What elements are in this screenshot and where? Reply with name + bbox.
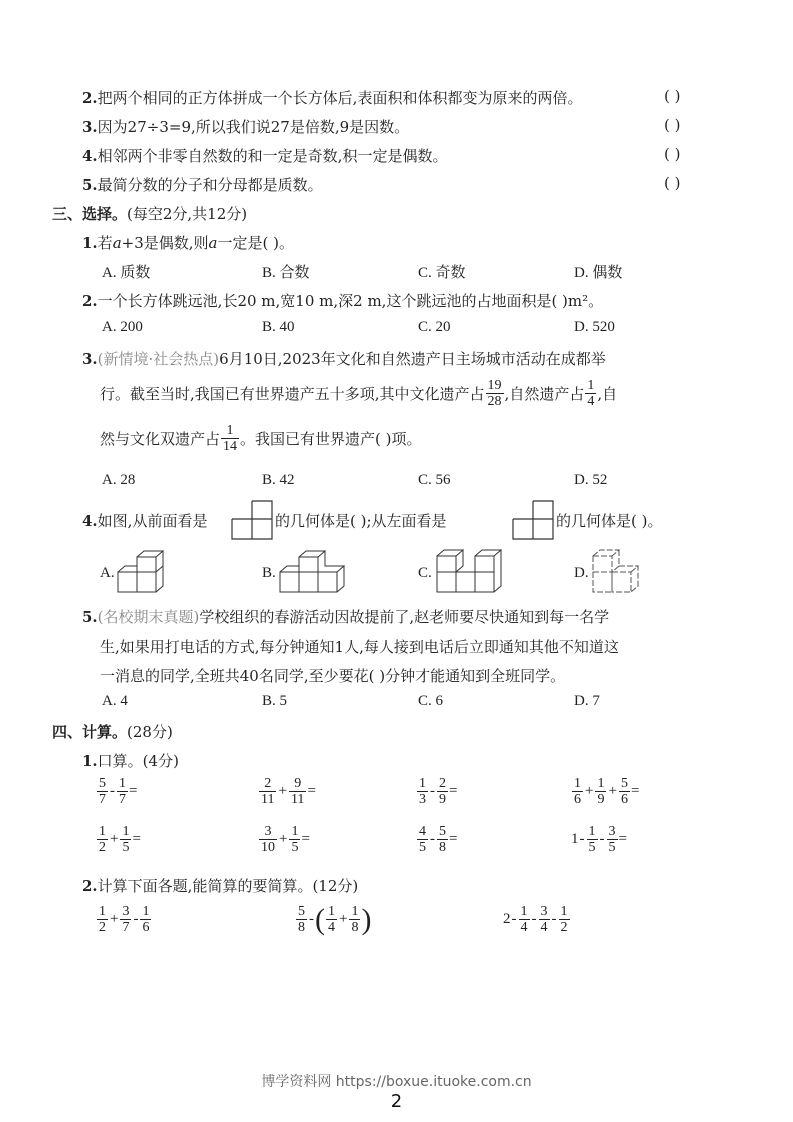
- numerator: 1: [417, 776, 428, 791]
- equals: =: [301, 831, 309, 848]
- cube-figure-c: [436, 548, 506, 596]
- q-text: 6月10日,2023年文化和自然遗产日主场城市活动在成都举: [219, 350, 606, 368]
- denominator: 6: [572, 791, 583, 807]
- numerator: 1: [349, 904, 360, 919]
- q-text: ,自然遗产占: [505, 383, 585, 404]
- numerator: 2: [262, 776, 273, 791]
- numerator: 1: [585, 378, 596, 393]
- operator: +: [110, 831, 118, 848]
- fraction: 15: [289, 824, 300, 855]
- cube-figure-b: [279, 550, 349, 595]
- operator: -: [110, 783, 115, 800]
- fraction: 1928: [486, 378, 504, 409]
- oral-expr-4: 16+19+56=: [571, 776, 639, 807]
- fraction: 13: [417, 776, 428, 807]
- denominator: 10: [259, 839, 277, 855]
- option-c[interactable]: C. 56: [418, 472, 451, 489]
- fraction: 12: [97, 904, 108, 935]
- denominator: 6: [140, 919, 151, 935]
- numerator: 3: [607, 824, 618, 839]
- fraction: 15: [587, 824, 598, 855]
- numerator: 1: [326, 904, 337, 919]
- fraction: 114: [221, 423, 239, 454]
- choice-q3-line3: 然与文化双遗产占114。我国已有世界遗产( )项。: [100, 423, 422, 454]
- q-text: 然与文化双遗产占: [100, 428, 220, 449]
- option-c[interactable]: C.: [418, 565, 432, 582]
- q-text: 行。截至当时,我国已有世界遗产五十多项,其中文化遗产占: [100, 383, 485, 404]
- oral-expr-5: 12+15=: [96, 824, 141, 855]
- numerator: 5: [437, 824, 448, 839]
- denominator: 6: [619, 791, 630, 807]
- option-c[interactable]: C. 20: [418, 319, 451, 336]
- fraction: 16: [572, 776, 583, 807]
- q-text: 学校组织的春游活动因故提前了,赵老师要尽快通知到每一名学: [199, 608, 609, 626]
- judge-item-3: 3.因为27÷3=9,所以我们说27是倍数,9是因数。: [82, 116, 409, 137]
- item-number: 2.: [82, 89, 98, 107]
- item-number: 3.: [82, 118, 98, 136]
- answer-blank[interactable]: ( ): [664, 145, 680, 163]
- left-paren: (: [315, 905, 325, 935]
- equals: =: [449, 831, 457, 848]
- option-d[interactable]: D. 7: [574, 693, 600, 710]
- q-text: 。我国已有世界遗产( )项。: [240, 428, 421, 449]
- answer-blank[interactable]: ( ): [664, 116, 680, 134]
- numerator: 1: [140, 904, 151, 919]
- item-text: 最简分数的分子和分母都是质数。: [98, 176, 323, 194]
- section-choice-header: 三、选择。(每空2分,共12分): [52, 203, 247, 224]
- fraction: 18: [349, 904, 360, 935]
- oral-expr-2: 211+911=: [258, 776, 316, 807]
- denominator: 3: [417, 791, 428, 807]
- item-text: 因为27÷3=9,所以我们说27是倍数,9是因数。: [98, 118, 409, 136]
- equals: =: [132, 831, 140, 848]
- left-view-icon: [512, 500, 554, 540]
- numerator: 2: [437, 776, 448, 791]
- operator: +: [339, 911, 347, 928]
- choice-q3-line2: 行。截至当时,我国已有世界遗产五十多项,其中文化遗产占1928,自然遗产占14,…: [100, 378, 617, 409]
- operator: -: [600, 831, 605, 848]
- fraction: 211: [259, 776, 276, 807]
- operator: -: [580, 831, 585, 848]
- equals: =: [307, 783, 315, 800]
- option-a[interactable]: A.: [100, 565, 115, 582]
- operator: +: [278, 783, 286, 800]
- fraction: 56: [619, 776, 630, 807]
- var-a: a: [113, 234, 122, 252]
- section-title: 三、选择。: [52, 205, 127, 223]
- choice-q5-line3: 一消息的同学,全班共40名同学,至少要花( )分钟才能通知到全班同学。: [100, 665, 565, 686]
- denominator: 2: [97, 839, 108, 855]
- option-a[interactable]: A. 200: [102, 319, 143, 336]
- q-text: 一定是( )。: [217, 234, 293, 252]
- option-a[interactable]: A. 28: [102, 472, 135, 489]
- numerator: 1: [117, 776, 128, 791]
- option-c[interactable]: C. 6: [418, 693, 443, 710]
- numerator: 5: [97, 776, 108, 791]
- item-number: 5.: [82, 176, 98, 194]
- numerator: 5: [619, 776, 630, 791]
- item-number: 2.: [82, 292, 98, 310]
- numerator: 19: [486, 378, 504, 393]
- section-calc-header: 四、计算。(28分): [52, 721, 173, 742]
- oral-expr-7: 45-58=: [416, 824, 457, 855]
- q-text: ,自: [597, 383, 617, 404]
- denominator: 7: [120, 919, 131, 935]
- cube-figure-a: [117, 550, 167, 595]
- fraction: 34: [539, 904, 550, 935]
- fraction: 29: [437, 776, 448, 807]
- numerator: 1: [587, 824, 598, 839]
- denominator: 9: [437, 791, 448, 807]
- choice-q4-end: 的几何体是( )。: [556, 510, 662, 531]
- denominator: 4: [585, 393, 596, 409]
- oral-expr-3: 13-29=: [416, 776, 457, 807]
- choice-q1: 1.若a+3是偶数,则a一定是( )。: [82, 232, 294, 253]
- denominator: 5: [120, 839, 131, 855]
- numerator: 3: [539, 904, 550, 919]
- operator: -: [512, 911, 517, 928]
- denominator: 11: [259, 791, 276, 807]
- denominator: 8: [296, 919, 307, 935]
- page-number: 2: [0, 1091, 793, 1112]
- integer: 2: [503, 911, 511, 928]
- numerator: 4: [417, 824, 428, 839]
- operator: -: [430, 783, 435, 800]
- option-c[interactable]: C. 奇数: [418, 261, 466, 282]
- numerator: 9: [292, 776, 303, 791]
- fraction: 911: [289, 776, 306, 807]
- denominator: 14: [221, 438, 239, 454]
- front-view-icon: [231, 500, 273, 540]
- operator: -: [430, 831, 435, 848]
- option-d[interactable]: D. 偶数: [574, 261, 622, 282]
- option-b[interactable]: B. 42: [262, 472, 295, 489]
- operator: +: [110, 911, 118, 928]
- operator: -: [552, 911, 557, 928]
- numerator: 5: [296, 904, 307, 919]
- denominator: 5: [289, 839, 300, 855]
- option-d[interactable]: D. 52: [574, 472, 607, 489]
- option-a[interactable]: A. 质数: [102, 261, 150, 282]
- fraction: 12: [97, 824, 108, 855]
- fraction: 15: [120, 824, 131, 855]
- choice-q5-line1: 5.(名校期末真题)学校组织的春游活动因故提前了,赵老师要尽快通知到每一名学: [82, 606, 609, 627]
- operator: -: [133, 911, 138, 928]
- written-expr-2: 58-(14+18): [295, 904, 371, 935]
- operator: +: [585, 783, 593, 800]
- denominator: 5: [607, 839, 618, 855]
- numerator: 1: [572, 776, 583, 791]
- numerator: 1: [289, 824, 300, 839]
- oral-expr-8: 1-15-35=: [571, 824, 627, 855]
- denominator: 9: [595, 791, 606, 807]
- section-title: 四、计算。: [52, 723, 127, 741]
- operator: +: [608, 783, 616, 800]
- denominator: 4: [539, 919, 550, 935]
- question-tag: (新情境·社会热点): [98, 350, 219, 368]
- fraction: 16: [140, 904, 151, 935]
- oral-expr-6: 310+15=: [258, 824, 310, 855]
- oral-expr-1: 57-17=: [96, 776, 137, 807]
- denominator: 7: [117, 791, 128, 807]
- denominator: 4: [326, 919, 337, 935]
- option-b[interactable]: B.: [262, 565, 276, 582]
- option-b[interactable]: B. 40: [262, 319, 295, 336]
- item-number: 1.: [82, 752, 98, 770]
- calc-part2-title: 2.计算下面各题,能简算的要简算。(12分): [82, 875, 358, 896]
- section-note: (每空2分,共12分): [127, 205, 247, 223]
- operator: -: [532, 911, 537, 928]
- option-b[interactable]: B. 合数: [262, 261, 310, 282]
- numerator: 3: [263, 824, 274, 839]
- fraction: 37: [120, 904, 131, 935]
- fraction: 35: [607, 824, 618, 855]
- q-text: 一个长方体跳远池,长20 m,宽10 m,深2 m,这个跳远池的占地面积是( )…: [98, 292, 603, 310]
- q-text: 如图,从前面看是: [98, 512, 208, 530]
- judge-item-2: 2.把两个相同的正方体拼成一个长方体后,表面积和体积都变为原来的两倍。: [82, 87, 582, 108]
- fraction: 14: [519, 904, 530, 935]
- item-number: 1.: [82, 234, 98, 252]
- denominator: 8: [349, 919, 360, 935]
- watermark: 博学资料网 https://boxue.ituoke.com.cn: [0, 1071, 793, 1091]
- denominator: 8: [437, 839, 448, 855]
- option-b[interactable]: B. 5: [262, 693, 287, 710]
- judge-item-4: 4.相邻两个非零自然数的和一定是奇数,积一定是偶数。: [82, 145, 447, 166]
- choice-q4: 4.如图,从前面看是: [82, 510, 207, 531]
- fraction: 14: [326, 904, 337, 935]
- item-number: 3.: [82, 350, 98, 368]
- option-d[interactable]: D.: [574, 565, 589, 582]
- choice-q4-mid: 的几何体是( );从左面看是: [275, 510, 447, 531]
- denominator: 11: [289, 791, 306, 807]
- fraction: 310: [259, 824, 277, 855]
- equals: =: [631, 783, 639, 800]
- answer-blank[interactable]: ( ): [664, 87, 680, 105]
- written-expr-1: 12+37-16: [96, 904, 152, 935]
- fraction: 45: [417, 824, 428, 855]
- item-number: 5.: [82, 608, 98, 626]
- numerator: 1: [97, 824, 108, 839]
- denominator: 7: [97, 791, 108, 807]
- numerator: 3: [120, 904, 131, 919]
- item-text: 把两个相同的正方体拼成一个长方体后,表面积和体积都变为原来的两倍。: [98, 89, 583, 107]
- part-title: 计算下面各题,能简算的要简算。(12分): [98, 877, 359, 895]
- question-tag: (名校期末真题): [98, 608, 200, 626]
- denominator: 5: [587, 839, 598, 855]
- numerator: 1: [225, 423, 236, 438]
- denominator: 2: [97, 919, 108, 935]
- denominator: 5: [417, 839, 428, 855]
- choice-q5-line2: 生,如果用打电话的方式,每分钟通知1人,每人接到电话后立即通知其他不知道这: [100, 636, 619, 657]
- item-number: 2.: [82, 877, 98, 895]
- numerator: 1: [120, 824, 131, 839]
- item-number: 4.: [82, 147, 98, 165]
- option-a[interactable]: A. 4: [102, 693, 128, 710]
- choice-q3-line1: 3.(新情境·社会热点)6月10日,2023年文化和自然遗产日主场城市活动在成都…: [82, 348, 606, 369]
- cube-figure-d: [592, 548, 642, 596]
- integer: 1: [571, 831, 579, 848]
- part-title: 口算。(4分): [98, 752, 179, 770]
- fraction: 19: [595, 776, 606, 807]
- equals: =: [129, 783, 137, 800]
- denominator: 4: [519, 919, 530, 935]
- item-number: 4.: [82, 512, 98, 530]
- numerator: 1: [97, 904, 108, 919]
- denominator: 2: [559, 919, 570, 935]
- answer-blank[interactable]: ( ): [664, 174, 680, 192]
- section-note: (28分): [127, 723, 173, 741]
- choice-q2: 2.一个长方体跳远池,长20 m,宽10 m,深2 m,这个跳远池的占地面积是(…: [82, 290, 603, 311]
- denominator: 28: [486, 393, 504, 409]
- judge-item-5: 5.最简分数的分子和分母都是质数。: [82, 174, 323, 195]
- fraction: 14: [585, 378, 596, 409]
- right-paren: ): [361, 905, 371, 935]
- numerator: 1: [559, 904, 570, 919]
- q-text: +3是偶数,则: [122, 234, 209, 252]
- q-text: 若: [98, 234, 113, 252]
- fraction: 57: [97, 776, 108, 807]
- fraction: 58: [296, 904, 307, 935]
- calc-part1-title: 1.口算。(4分): [82, 750, 179, 771]
- fraction: 17: [117, 776, 128, 807]
- option-d[interactable]: D. 520: [574, 319, 615, 336]
- written-expr-3: 2-14-34-12: [503, 904, 571, 935]
- item-text: 相邻两个非零自然数的和一定是奇数,积一定是偶数。: [98, 147, 448, 165]
- numerator: 1: [519, 904, 530, 919]
- operator: -: [309, 911, 314, 928]
- equals: =: [449, 783, 457, 800]
- operator: +: [279, 831, 287, 848]
- equals: =: [619, 831, 627, 848]
- fraction: 12: [559, 904, 570, 935]
- numerator: 1: [595, 776, 606, 791]
- fraction: 58: [437, 824, 448, 855]
